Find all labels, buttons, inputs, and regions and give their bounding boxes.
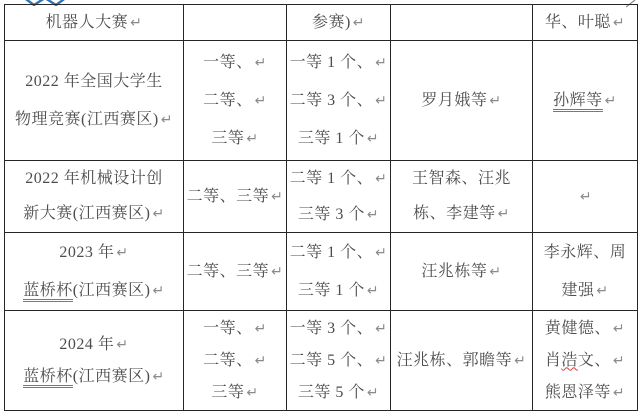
teacher-names: 建强 [561,282,594,299]
cell-teachers-row5[interactable]: 黄健德、↵ 肖浩文、↵ 熊恩泽等↵ [533,311,638,411]
cell-awards-row1-empty[interactable] [184,5,287,41]
student-names: 汪兆栋等 [421,263,487,280]
paragraph-mark: ↵ [613,353,625,369]
cell-awards-row2[interactable]: 一等、↵ 二等、↵ 三等↵ [184,41,287,161]
competition-region: (江西赛区) [73,282,151,299]
cell-teachers-row1[interactable]: 华、叶聪↵ [533,5,638,41]
paragraph-mark: ↵ [375,245,387,261]
awards-table: 机器人大赛↵ 参赛)↵ 华、叶聪↵ 2022 年全国大学生 物理竞赛(江西赛区)… [4,4,638,411]
cell-students-row4[interactable]: 汪兆栋等↵ [391,233,533,311]
paragraph-mark: ↵ [375,321,387,337]
competition-text: 2022 年全国大学生 [25,73,163,90]
competition-text: 2022 年机械设计创 [25,170,163,187]
paragraph-mark: ↵ [255,353,267,369]
paragraph-mark: ↵ [255,321,267,337]
paragraph-mark: ↵ [489,264,501,280]
cell-students-row3[interactable]: 王智森、汪兆 栋、李建等↵ [391,161,533,233]
cell-competition-row4[interactable]: 2023 年↵ 蓝桥杯(江西赛区)↵ [5,233,184,311]
paragraph-mark: ↵ [596,283,608,299]
paragraph-mark: ↵ [375,55,387,71]
teacher-names: 文、 [578,352,611,369]
award-count: 二等 1 个、 [290,170,374,187]
award-level: 二等、三等 [187,188,270,205]
paragraph-mark: ↵ [161,112,173,128]
cell-awards-row3[interactable]: 二等、三等↵ [184,161,287,233]
award-count: 一等 3 个、 [290,320,374,337]
award-count: 一等 1 个、 [290,54,374,71]
cell-counts-row1[interactable]: 参赛)↵ [287,5,391,41]
paragraph-mark: ↵ [116,337,128,353]
competition-region: (江西赛区) [73,368,151,385]
paragraph-mark: ↵ [613,15,625,31]
paragraph-mark: ↵ [367,207,379,223]
competition-year: 2023 年 [59,244,114,261]
paragraph-mark: ↵ [375,171,387,187]
paragraph-mark: ↵ [613,385,625,401]
award-count: 二等 3 个、 [290,92,374,109]
counts-text: 参赛) [312,14,351,31]
award-count: 二等 1 个、 [290,244,374,261]
cell-students-row2[interactable]: 罗月娥等↵ [391,41,533,161]
paragraph-mark: ↵ [580,189,592,205]
paragraph-mark: ↵ [271,189,283,205]
teacher-names-grammar-underlined: 孙辉等 [553,92,603,112]
competition-text: 物理竞赛(江西赛区) [15,111,159,128]
award-count: 三等 1 个 [298,130,365,147]
paragraph-mark: ↵ [514,353,526,369]
cell-counts-row4[interactable]: 二等 1 个、↵ 三等 1 个↵ [287,233,391,311]
paragraph-mark: ↵ [613,321,625,337]
competition-text: 新大赛(江西赛区) [23,205,150,222]
cell-competition-row1[interactable]: 机器人大赛↵ [5,5,184,41]
cell-students-row5[interactable]: 汪兆栋、郭瞻等↵ [391,311,533,411]
cell-competition-row2[interactable]: 2022 年全国大学生 物理竞赛(江西赛区)↵ [5,41,184,161]
teacher-names: 黄健德、 [545,320,611,337]
cell-awards-row4[interactable]: 二等、三等↵ [184,233,287,311]
paragraph-mark: ↵ [498,206,510,222]
cell-counts-row5[interactable]: 一等 3 个、↵ 二等 5 个、↵ 三等 5 个↵ [287,311,391,411]
paragraph-mark: ↵ [489,93,501,109]
paragraph-mark: ↵ [375,353,387,369]
paragraph-mark: ↵ [605,93,617,109]
award-level: 二等、三等 [187,263,270,280]
cell-teachers-row3-empty[interactable]: ↵ [533,161,638,233]
cell-competition-row3[interactable]: 2022 年机械设计创 新大赛(江西赛区)↵ [5,161,184,233]
teacher-names: 熊恩泽等 [545,384,611,401]
cell-students-row1-empty[interactable] [391,5,533,41]
paragraph-mark: ↵ [116,245,128,261]
award-count: 三等 3 个 [298,206,365,223]
paragraph-mark: ↵ [271,264,283,280]
award-level: 一等、 [203,54,253,71]
paragraph-mark: ↵ [130,15,142,31]
award-count: 三等 1 个 [298,282,365,299]
paragraph-mark: ↵ [367,283,379,299]
paragraph-mark: ↵ [152,206,164,222]
cell-awards-row5[interactable]: 一等、↵ 二等、↵ 三等↵ [184,311,287,411]
paragraph-mark: ↵ [246,131,258,147]
award-level: 三等 [211,130,244,147]
award-count: 二等 5 个、 [290,352,374,369]
paragraph-mark: ↵ [255,93,267,109]
student-names: 栋、李建等 [413,205,496,222]
competition-name-grammar-underlined: 蓝桥杯 [23,282,73,302]
award-level: 二等、 [203,352,253,369]
competition-year: 2024 年 [59,336,114,353]
cell-competition-row5[interactable]: 2024 年↵ 蓝桥杯(江西赛区)↵ [5,311,184,411]
paragraph-mark: ↵ [353,15,365,31]
cell-counts-row3[interactable]: 二等 1 个、↵ 三等 3 个↵ [287,161,391,233]
student-names: 王智森、汪兆 [412,170,511,187]
cell-teachers-row4[interactable]: 李永辉、周 建强↵ [533,233,638,311]
student-names: 汪兆栋、郭瞻等 [397,352,513,369]
paragraph-mark: ↵ [367,131,379,147]
award-level: 三等 [211,384,244,401]
cell-counts-row2[interactable]: 一等 1 个、↵ 二等 3 个、↵ 三等 1 个↵ [287,41,391,161]
teacher-names: 李永辉、周 [544,244,627,261]
award-level: 一等、 [203,320,253,337]
paragraph-mark: ↵ [367,385,379,401]
teachers-text: 华、叶聪 [545,14,611,31]
award-level: 二等、 [203,92,253,109]
teacher-names: 肖 [545,352,562,369]
paragraph-mark: ↵ [255,55,267,71]
competition-name-grammar-underlined: 蓝桥杯 [23,368,73,388]
cell-teachers-row2[interactable]: 孙辉等↵ [533,41,638,161]
award-count: 三等 5 个 [298,384,365,401]
word-document-page: { "marks": { "para": "↵" }, "colors": { … [0,0,640,416]
paragraph-mark: ↵ [152,283,164,299]
student-names: 罗月娥等 [421,92,487,109]
paragraph-mark: ↵ [152,369,164,385]
teacher-name-spellcheck-char: 浩 [561,352,578,369]
competition-text: 机器人大赛 [46,14,129,31]
paragraph-mark: ↵ [375,93,387,109]
paragraph-mark: ↵ [246,385,258,401]
